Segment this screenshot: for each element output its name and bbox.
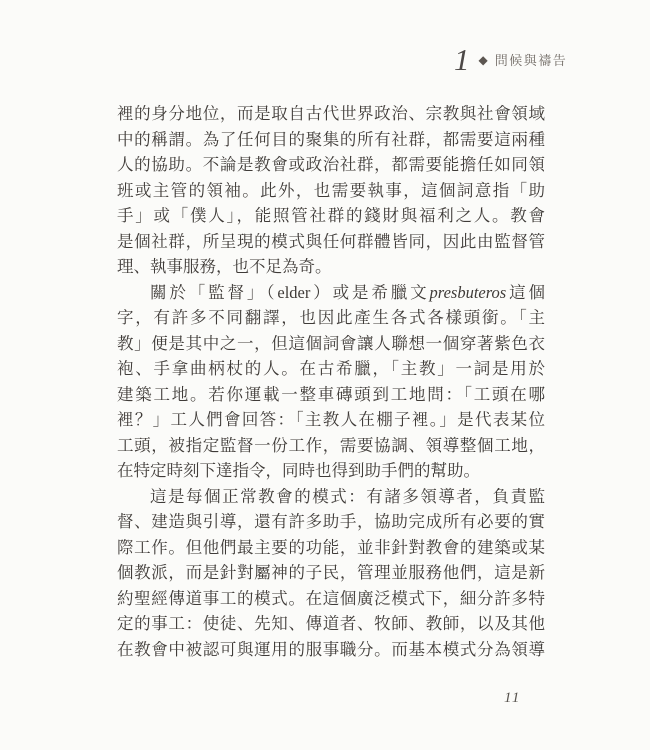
text-line: 在教會中被認可與運用的服事職分。而基本模式分為領導 [117,637,545,663]
text-line: 關於「監督」（elder）或是希臘文presbuteros這個 [117,280,545,306]
text-segment: 理、執事服務，也不足為奇。 [117,257,332,276]
text-line: 工頭，被指定監督一份工作，需要協調、領導整個工地， [117,433,545,459]
text-segment: 在特定時刻下達指令，同時也得到助手們的幫助。 [117,461,480,480]
text-line: 這是每個正常教會的模式：有諸多領導者，負責監 [117,484,545,510]
page-number: 11 [504,690,521,707]
text-line: 督、建造與引導，還有許多助手，協助完成所有必要的實 [117,509,545,535]
text-segment: 中的稱謂。為了任何目的聚集的所有社群，都需要這兩種 [117,130,545,149]
text-line: 建築工地。若你運載一整車磚頭到工地問：「工頭在哪 [117,382,545,408]
text-line: 是個社群，所呈現的模式與任何群體皆同，因此由監督管 [117,229,545,255]
text-segment: 人的協助。不論是教會或政治社群，都需要能擔任如同領 [117,155,545,174]
text-segment: 手」或「僕人」，能照管社群的錢財與福利之人。教會 [117,206,545,225]
chapter-number: 1 [454,44,470,75]
text-line: 裡的身分地位，而是取自古代世界政治、宗教與社會領域 [117,101,545,127]
text-line: 裡？」工人們會回答：「主教人在棚子裡。」是代表某位 [117,407,545,433]
text-segment: 工頭，被指定監督一份工作，需要協調、領導整個工地， [117,436,545,455]
text-segment: 建築工地。若你運載一整車磚頭到工地問：「工頭在哪 [117,385,545,404]
text-line: 定的事工：使徒、先知、傳道者、牧師、教師，以及其他 [117,611,545,637]
text-segment: 是個社群，所呈現的模式與任何群體皆同，因此由監督管 [117,232,545,251]
text-segment: 這是每個正常教會的模式：有諸多領導者，負責監 [150,487,545,506]
chapter-title: 問候與禱告 [495,50,568,69]
text-segment: 袍、手拿曲柄杖的人。在古希臘，「主教」一詞是用於 [117,359,545,378]
running-header: 1 ◆ 問候與禱告 [454,44,567,75]
text-line: 袍、手拿曲柄杖的人。在古希臘，「主教」一詞是用於 [117,356,545,382]
text-segment: 這個 [506,283,545,302]
greek-term: presbuteros [430,283,507,302]
text-line: 際工作。但他們最主要的功能，並非針對教會的建築或某 [117,535,545,561]
text-line: 在特定時刻下達指令，同時也得到助手們的幫助。 [117,458,545,484]
text-segment: 裡的身分地位，而是取自古代世界政治、宗教與社會領域 [117,104,545,123]
text-line: 人的協助。不論是教會或政治社群，都需要能擔任如同領 [117,152,545,178]
diamond-icon: ◆ [479,53,488,68]
book-page: 1 ◆ 問候與禱告 裡的身分地位，而是取自古代世界政治、宗教與社會領域中的稱謂。… [0,0,650,750]
text-line: 教」便是其中之一，但這個詞會讓人聯想一個穿著紫色衣 [117,331,545,357]
text-segment: 字，有許多不同翻譯，也因此產生各式各樣頭銜。「主 [117,308,545,327]
text-line: 班或主管的領袖。此外，也需要執事，這個詞意指「助 [117,178,545,204]
text-segment: 定的事工：使徒、先知、傳道者、牧師、教師，以及其他 [117,614,545,633]
text-segment: 約聖經傳道事工的模式。在這個廣泛模式下，細分許多特 [117,589,545,608]
text-segment: 裡？」工人們會回答：「主教人在棚子裡。」是代表某位 [117,410,545,429]
text-line: 手」或「僕人」，能照管社群的錢財與福利之人。教會 [117,203,545,229]
text-segment: 際工作。但他們最主要的功能，並非針對教會的建築或某 [117,538,545,557]
text-segment: 教」便是其中之一，但這個詞會讓人聯想一個穿著紫色衣 [117,334,545,353]
text-segment: 個教派，而是針對屬神的子民，管理並服務他們，這是新 [117,563,545,582]
text-line: 字，有許多不同翻譯，也因此產生各式各樣頭銜。「主 [117,305,545,331]
text-line: 約聖經傳道事工的模式。在這個廣泛模式下，細分許多特 [117,586,545,612]
text-segment: 在教會中被認可與運用的服事職分。而基本模式分為領導 [117,640,545,659]
text-line: 中的稱謂。為了任何目的聚集的所有社群，都需要這兩種 [117,127,545,153]
text-segment: 關於「監督」（elder）或是希臘文 [150,283,430,302]
text-block: 裡的身分地位，而是取自古代世界政治、宗教與社會領域中的稱謂。為了任何目的聚集的所… [117,101,545,662]
text-line: 個教派，而是針對屬神的子民，管理並服務他們，這是新 [117,560,545,586]
text-segment: 督、建造與引導，還有許多助手，協助完成所有必要的實 [117,512,545,531]
text-line: 理、執事服務，也不足為奇。 [117,254,545,280]
text-segment: 班或主管的領袖。此外，也需要執事，這個詞意指「助 [117,181,545,200]
